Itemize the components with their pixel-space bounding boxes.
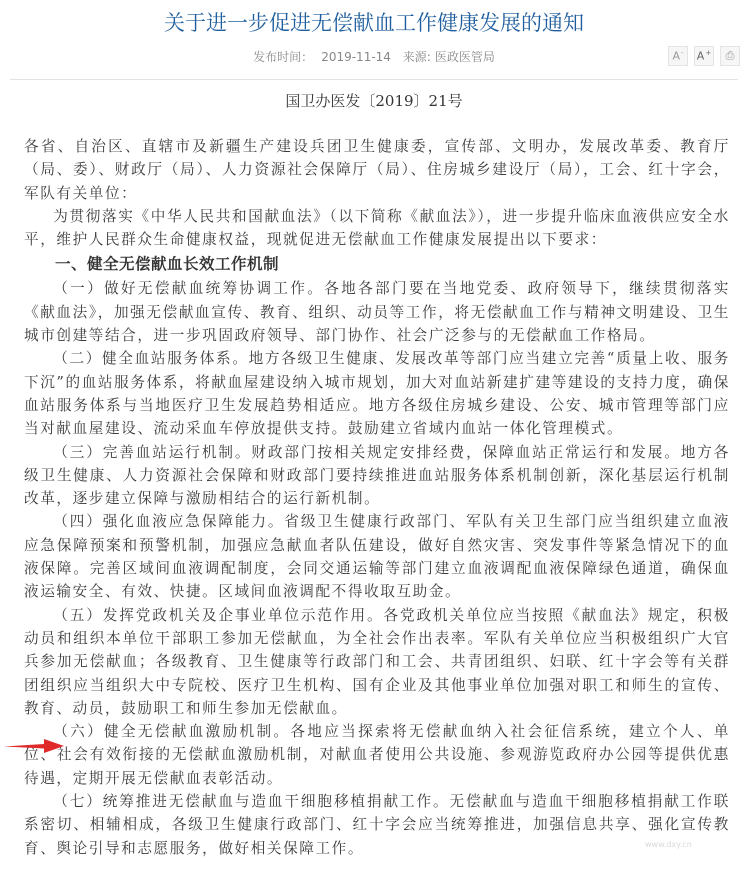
addressee: 各省、自治区、直辖市及新疆生产建设兵团卫生健康委，宣传部、文明办，发展改革委、教… <box>24 135 730 205</box>
page-title: 关于进一步促进无偿献血工作健康发展的通知 <box>0 8 748 38</box>
source-label: 来源: <box>403 50 431 64</box>
paragraph-6: （六）健全无偿献血激励机制。各地应当探索将无偿献血纳入社会征信系统，建立个人、单… <box>24 720 730 790</box>
article-meta: 发布时间：2019-11-14 来源:医政医管局 <box>0 48 748 66</box>
header-divider <box>10 79 738 80</box>
document-number: 国卫办医发〔2019〕21号 <box>0 90 748 112</box>
paragraph-3: （三）完善血站运行机制。财政部门按相关规定安排经费，保障血站正常运行和发展。地方… <box>24 441 730 511</box>
intro-paragraph: 为贯彻落实《中华人民共和国献血法》（以下简称《献血法》），进一步提升临床血液供应… <box>24 205 730 252</box>
red-arrow-icon <box>4 738 64 754</box>
font-decrease-button[interactable]: A- <box>668 46 688 66</box>
print-button[interactable]: ⎙ <box>720 46 740 66</box>
publish-date: 2019-11-14 <box>321 50 391 64</box>
font-increase-button[interactable]: A+ <box>694 46 714 66</box>
paragraph-7: （七）统筹推进无偿献血与造血干细胞移植捐献工作。无偿献血与造血干细胞移植捐献工作… <box>24 790 730 860</box>
font-decrease-icon: A- <box>672 49 683 63</box>
document-body: 各省、自治区、直辖市及新疆生产建设兵团卫生健康委，宣传部、文明办，发展改革委、教… <box>24 135 730 860</box>
section-heading-1: 一、健全无偿献血长效工作机制 <box>24 251 730 277</box>
paragraph-5: （五）发挥党政机关及企事业单位示范作用。各党政机关单位应当按照《献血法》规定，积… <box>24 604 730 720</box>
paragraph-4: （四）强化血液应急保障能力。省级卫生健康行政部门、军队有关卫生部门应当组织建立血… <box>24 510 730 603</box>
watermark: www.dxy.cn <box>645 840 692 849</box>
print-icon: ⎙ <box>726 49 735 63</box>
source-value: 医政医管局 <box>435 50 495 64</box>
article-tools: A- A+ ⎙ <box>668 46 740 66</box>
font-increase-icon: A+ <box>697 49 711 63</box>
paragraph-2: （二）健全血站服务体系。地方各级卫生健康、发展改革等部门应当建立完善“质量上收、… <box>24 347 730 440</box>
publish-label: 发布时间： <box>253 50 313 64</box>
paragraph-1: （一）做好无偿献血统筹协调工作。各地各部门要在当地党委、政府领导下，继续贯彻落实… <box>24 277 730 347</box>
